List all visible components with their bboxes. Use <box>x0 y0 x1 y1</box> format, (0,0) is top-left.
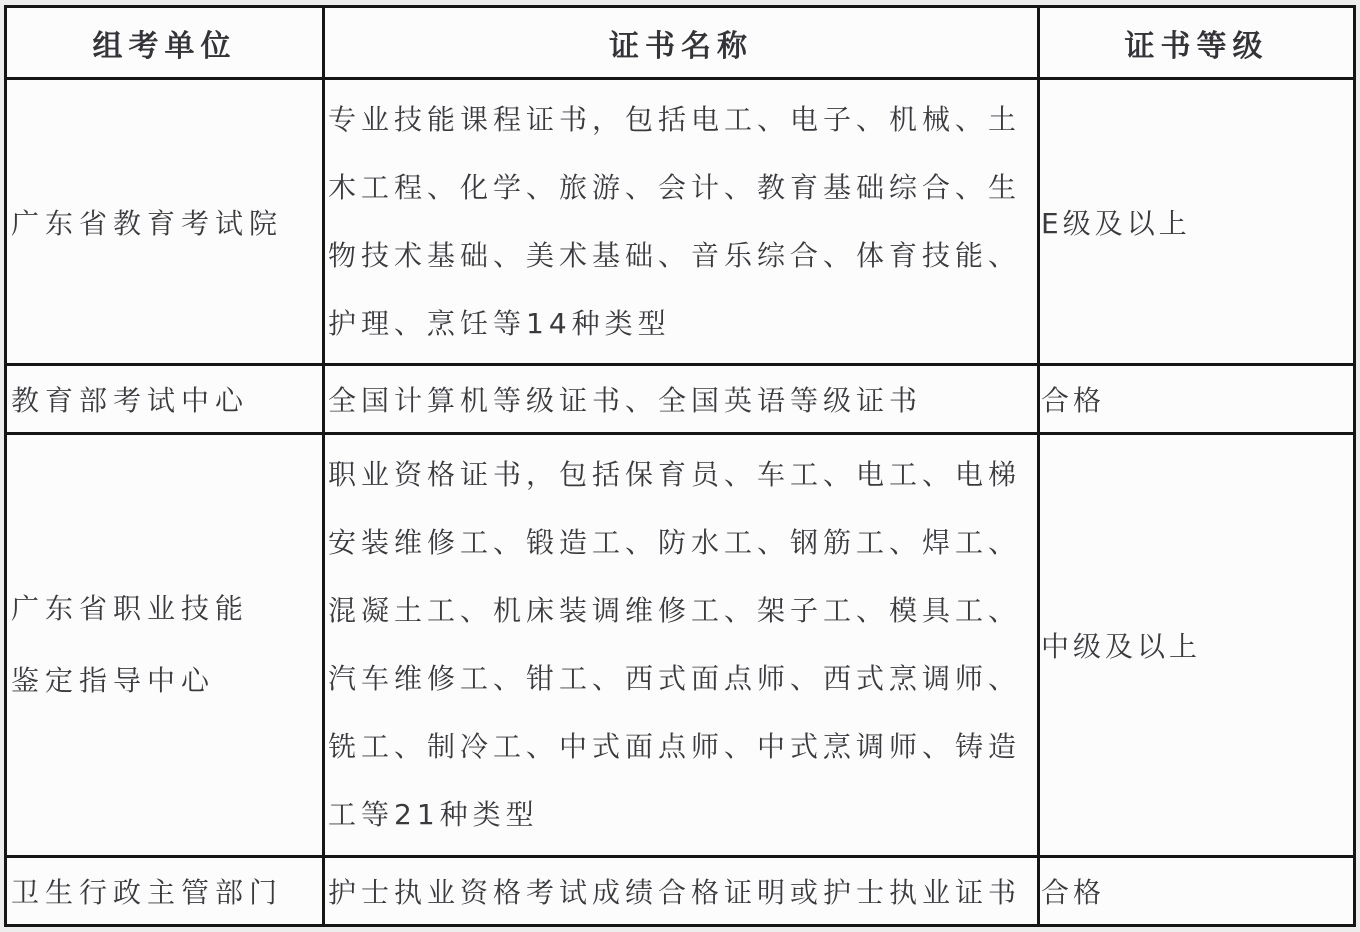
table-row: 教育部考试中心 全国计算机等级证书、全国英语等级证书 合格 <box>6 365 1355 434</box>
certificate-table-container: 组考单位 证书名称 证书等级 广东省教育考试院 专业技能课程证书，包括电工、电子… <box>4 5 1356 927</box>
level-cell: 中级及以上 <box>1039 434 1355 857</box>
cert-cell: 全国计算机等级证书、全国英语等级证书 <box>324 365 1039 434</box>
unit-cell: 教育部考试中心 <box>6 365 324 434</box>
level-cell: E级及以上 <box>1039 79 1355 365</box>
header-cert-level: 证书等级 <box>1039 7 1355 79</box>
unit-cell: 卫生行政主管部门 <box>6 857 324 926</box>
level-cell: 合格 <box>1039 857 1355 926</box>
header-cert-name: 证书名称 <box>324 7 1039 79</box>
certificate-table: 组考单位 证书名称 证书等级 广东省教育考试院 专业技能课程证书，包括电工、电子… <box>4 5 1356 927</box>
table-row: 广东省职业技能 鉴定指导中心 职业资格证书，包括保育员、车工、电工、电梯 安装维… <box>6 434 1355 857</box>
header-unit: 组考单位 <box>6 7 324 79</box>
table-row: 卫生行政主管部门 护士执业资格考试成绩合格证明或护士执业证书 合格 <box>6 857 1355 926</box>
cert-cell: 专业技能课程证书，包括电工、电子、机械、土 木工程、化学、旅游、会计、教育基础综… <box>324 79 1039 365</box>
level-cell: 合格 <box>1039 365 1355 434</box>
table-header-row: 组考单位 证书名称 证书等级 <box>6 7 1355 79</box>
unit-cell: 广东省教育考试院 <box>6 79 324 365</box>
cert-cell: 护士执业资格考试成绩合格证明或护士执业证书 <box>324 857 1039 926</box>
cert-cell: 职业资格证书，包括保育员、车工、电工、电梯 安装维修工、锻造工、防水工、钢筋工、… <box>324 434 1039 857</box>
table-row: 广东省教育考试院 专业技能课程证书，包括电工、电子、机械、土 木工程、化学、旅游… <box>6 79 1355 365</box>
unit-cell: 广东省职业技能 鉴定指导中心 <box>6 434 324 857</box>
